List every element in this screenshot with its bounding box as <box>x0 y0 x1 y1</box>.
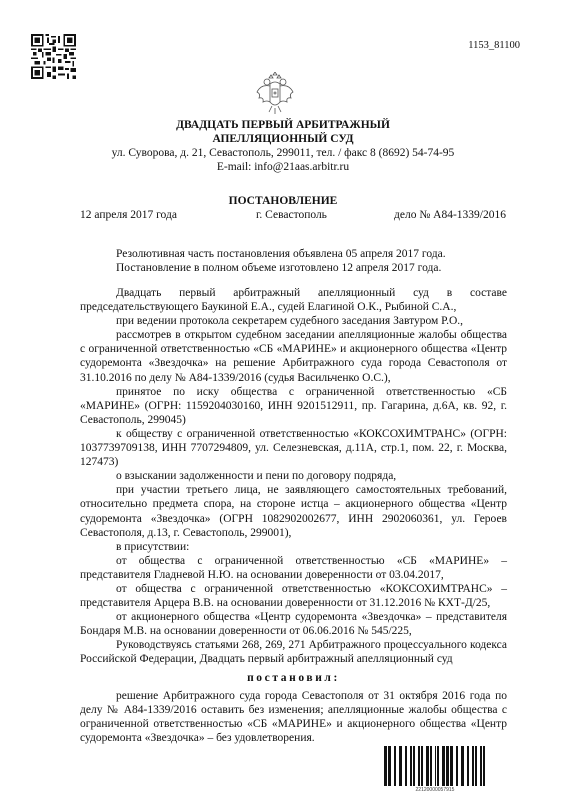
document-title: ПОСТАНОВЛЕНИЕ <box>0 195 566 207</box>
paragraph-defendant: к обществу с ограниченной ответственност… <box>80 427 507 469</box>
resolved-heading: постановил: <box>80 671 507 685</box>
note-full-text: Постановление в полном объеме изготовлен… <box>80 261 507 275</box>
paragraph-claim-subject: о взыскании задолженности и пени по дого… <box>80 469 507 483</box>
barcode-icon <box>383 746 487 786</box>
case-number: дело № А84-1339/2016 <box>394 209 506 221</box>
paragraph-legal-basis: Руководствуясь статьями 268, 269, 271 Ар… <box>80 638 507 666</box>
document-id: 1153_81100 <box>468 40 520 51</box>
paragraph-representative-koksokhimtrans: от общества с ограниченной ответственнос… <box>80 582 507 610</box>
paragraph-resolution: решение Арбитражного суда города Севасто… <box>80 689 507 745</box>
document-date: 12 апреля 2017 года <box>80 209 177 221</box>
note-announced: Резолютивная часть постановления объявле… <box>80 247 507 261</box>
paragraph-secretary: при ведении протокола секретарем судебно… <box>80 314 507 328</box>
resolution-notes: Резолютивная часть постановления объявле… <box>80 247 507 275</box>
paragraph-court-composition: Двадцать первый арбитражный апелляционны… <box>80 286 507 314</box>
document-body: Двадцать первый арбитражный апелляционны… <box>80 286 507 745</box>
court-name-line2: АПЕЛЛЯЦИОННЫЙ СУД <box>0 133 566 145</box>
paragraph-representative-marine: от общества с ограниченной ответственнос… <box>80 554 507 582</box>
document-city: г. Севастополь <box>256 209 327 221</box>
paragraph-third-party: при участии третьего лица, не заявляющег… <box>80 483 507 539</box>
russian-coat-of-arms-icon <box>255 72 295 116</box>
paragraph-present: в присутствии: <box>80 540 507 554</box>
court-name-line1: ДВАДЦАТЬ ПЕРВЫЙ АРБИТРАЖНЫЙ <box>0 119 566 131</box>
qr-code-icon <box>31 34 76 79</box>
paragraph-representative-zvezdochka: от акционерного общества «Центр судоремо… <box>80 610 507 638</box>
barcode-number: 22120000057915 <box>383 787 487 793</box>
court-email: E-mail: info@21aas.arbitr.ru <box>0 161 566 173</box>
court-address: ул. Суворова, д. 21, Севастополь, 299011… <box>0 147 566 159</box>
paragraph-appeals: рассмотрев в открытом судебном заседании… <box>80 328 507 384</box>
paragraph-plaintiff: принятое по иску общества с ограниченной… <box>80 385 507 427</box>
